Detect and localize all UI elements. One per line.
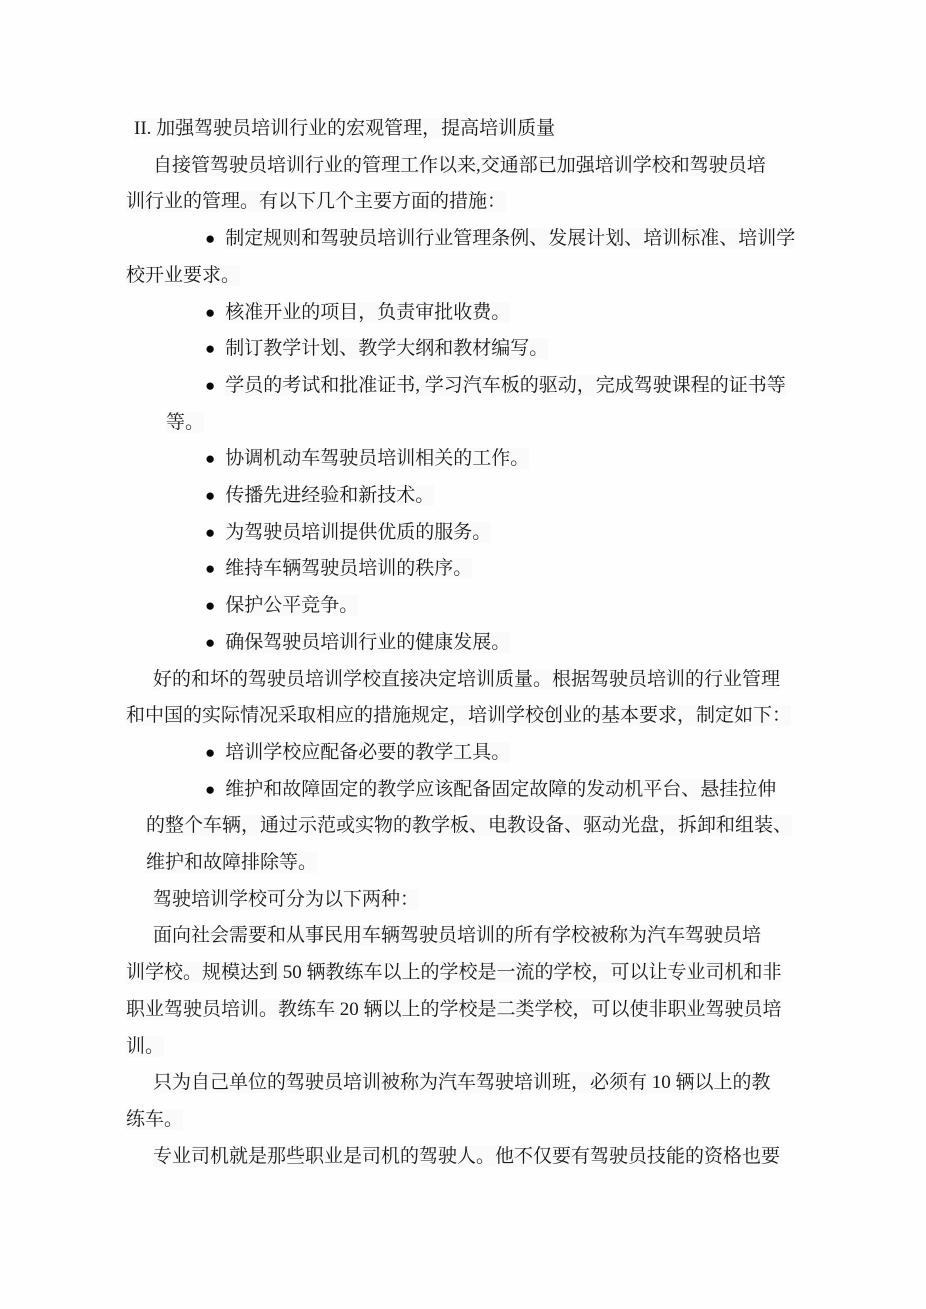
paragraph-text: 面向社会需要和从事民用车辆驾驶员培训的所有学校被称为汽车驾驶员培 训学校。规模达… [126, 925, 782, 1056]
bullet-text: 培训学校应配备必要的教学工具。 [225, 742, 510, 763]
bullet-text: 制定规则和驾驶员培训行业管理条例、发展计划、培训标准、培训学 校开业要求。 [126, 228, 795, 286]
bullet-item: ●维护和故障固定的教学应该配备固定故障的发动机平台、悬挂拉伸 的整个车辆，通过示… [126, 772, 808, 882]
paragraph: 专业司机就是那些职业是司机的驾驶人。他不仅要有驾驶员技能的资格也要 [126, 1139, 808, 1176]
paragraph-text: 好的和坏的驾驶员培训学校直接决定培训质量。根据驾驶员培训的行业管理 和中国的实际… [126, 669, 791, 727]
bullet-item: ●为驾驶员培训提供优质的服务。 [126, 515, 808, 552]
paragraph: 面向社会需要和从事民用车辆驾驶员培训的所有学校被称为汽车驾驶员培 训学校。规模达… [126, 918, 808, 1065]
bullet-icon: ● [205, 633, 215, 652]
bullet-text: 维持车辆驾驶员培训的秩序。 [225, 558, 472, 579]
document-page: II. 加强驾驶员培训行业的宏观管理，提高培训质量 自接管驾驶员培训行业的管理工… [126, 111, 808, 1175]
paragraph-text: 只为自己单位的驾驶员培训被称为汽车驾驶培训班，必须有 10 辆以上的教 练车。 [126, 1072, 771, 1130]
bullet-text: 为驾驶员培训提供优质的服务。 [225, 522, 491, 543]
paragraph: 只为自己单位的驾驶员培训被称为汽车驾驶培训班，必须有 10 辆以上的教 练车。 [126, 1065, 808, 1138]
bullet-item: ●确保驾驶员培训行业的健康发展。 [126, 625, 808, 662]
bullet-icon: ● [205, 780, 215, 799]
paragraph: 驾驶培训学校可分为以下两种： [126, 882, 808, 919]
bullet-item: ●协调机动车驾驶员培训相关的工作。 [126, 441, 808, 478]
bullet-text: 核准开业的项目，负责审批收费。 [225, 302, 510, 323]
bullet-icon: ● [205, 229, 215, 248]
paragraph: 好的和坏的驾驶员培训学校直接决定培训质量。根据驾驶员培训的行业管理 和中国的实际… [126, 662, 808, 735]
bullet-text: 维护和故障固定的教学应该配备固定故障的发动机平台、悬挂拉伸 的整个车辆，通过示范… [146, 779, 792, 873]
bullet-text: 协调机动车驾驶员培训相关的工作。 [225, 448, 529, 469]
bullet-icon: ● [205, 486, 215, 505]
bullet-item: ●制定规则和驾驶员培训行业管理条例、发展计划、培训标准、培训学 校开业要求。 [126, 221, 808, 294]
bullet-item: ●制订教学计划、教学大纲和教材编写。 [126, 331, 808, 368]
paragraph: 自接管驾驶员培训行业的管理工作以来,交通部已加强培训学校和驾驶员培 训行业的管理… [126, 148, 808, 221]
bullet-icon: ● [205, 303, 215, 322]
bullet-icon: ● [205, 596, 215, 615]
bullet-icon: ● [205, 523, 215, 542]
bullet-text: 制订教学计划、教学大纲和教材编写。 [225, 338, 548, 359]
bullet-icon: ● [205, 339, 215, 358]
bullet-icon: ● [205, 376, 215, 395]
bullet-icon: ● [205, 743, 215, 762]
heading-text: II. 加强驾驶员培训行业的宏观管理，提高培训质量 [134, 118, 555, 139]
bullet-item: ●保护公平竞争。 [126, 588, 808, 625]
bullet-item: ●核准开业的项目，负责审批收费。 [126, 295, 808, 332]
bullet-item: ●学员的考试和批准证书, 学习汽车板的驱动，完成驾驶课程的证书等 等。 [126, 368, 808, 441]
bullet-icon: ● [205, 449, 215, 468]
bullet-item: ●传播先进经验和新技术。 [126, 478, 808, 515]
bullet-item: ●培训学校应配备必要的教学工具。 [126, 735, 808, 772]
paragraph-text: 驾驶培训学校可分为以下两种： [153, 889, 419, 910]
bullet-text: 传播先进经验和新技术。 [225, 485, 434, 506]
paragraph-text: 自接管驾驶员培训行业的管理工作以来,交通部已加强培训学校和驾驶员培 训行业的管理… [126, 155, 766, 213]
bullet-text: 保护公平竞争。 [225, 595, 358, 616]
bullet-item: ●维持车辆驾驶员培训的秩序。 [126, 551, 808, 588]
bullet-text: 学员的考试和批准证书, 学习汽车板的驱动，完成驾驶课程的证书等 等。 [166, 375, 786, 433]
document-heading: II. 加强驾驶员培训行业的宏观管理，提高培训质量 [126, 111, 808, 148]
bullet-text: 确保驾驶员培训行业的健康发展。 [225, 632, 510, 653]
paragraph-text: 专业司机就是那些职业是司机的驾驶人。他不仅要有驾驶员技能的资格也要 [153, 1146, 780, 1167]
bullet-icon: ● [205, 559, 215, 578]
